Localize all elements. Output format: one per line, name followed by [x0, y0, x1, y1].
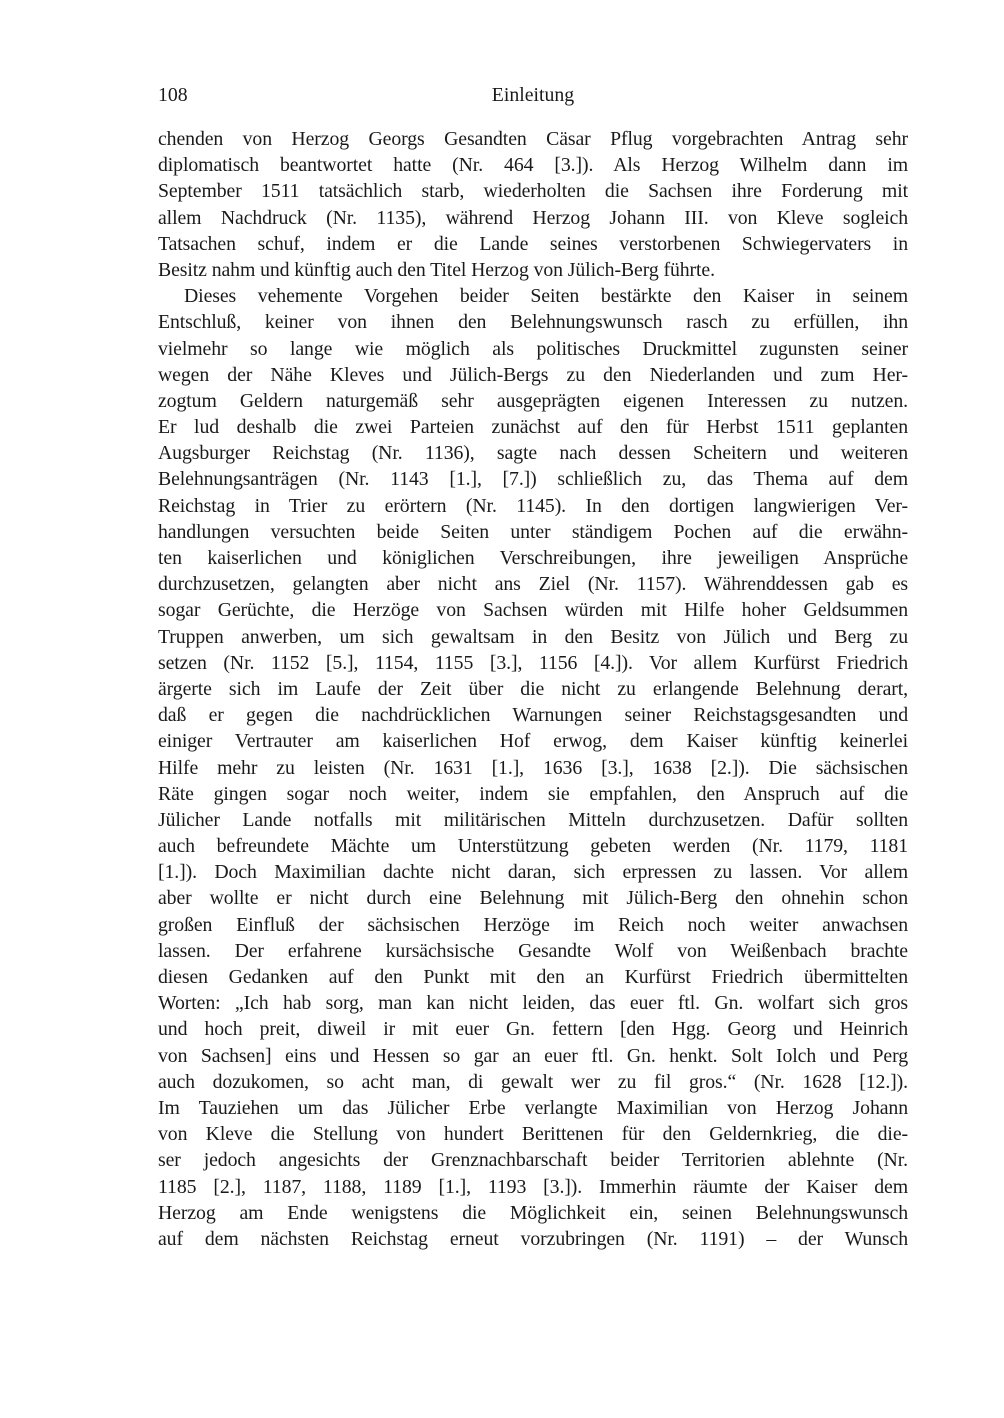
text-line: wegen der Nähe Kleves und Jülich-Bergs z… [158, 362, 908, 388]
text-line: Entschluß, keiner von ihnen den Belehnun… [158, 309, 908, 335]
text-line: [1.]). Doch Maximilian dachte nicht dara… [158, 859, 908, 885]
body-text: chenden von Herzog Georgs Gesandten Cäsa… [158, 126, 908, 1252]
text-line: Herzog am Ende wenigstens die Möglichkei… [158, 1200, 908, 1226]
text-line: Hilfe mehr zu leisten (Nr. 1631 [1.], 16… [158, 755, 908, 781]
text-line: auf dem nächsten Reichstag erneut vorzub… [158, 1226, 908, 1252]
text-line: Dieses vehemente Vorgehen beider Seiten … [158, 283, 908, 309]
text-line: chenden von Herzog Georgs Gesandten Cäsa… [158, 126, 908, 152]
text-line: Besitz nahm und künftig auch den Titel H… [158, 257, 908, 283]
running-header-title: Einleitung [158, 82, 908, 108]
text-line: ten kaiserlichen und königlichen Verschr… [158, 545, 908, 571]
text-line: daß er gegen die nachdrücklichen Warnung… [158, 702, 908, 728]
text-line: und hoch preit, diweil ir mit euer Gn. f… [158, 1016, 908, 1042]
text-column: 108 Einleitung chenden von Herzog Georgs… [158, 82, 908, 1252]
running-head: 108 Einleitung [158, 82, 908, 108]
text-line: ärgerte sich im Laufe der Zeit über die … [158, 676, 908, 702]
text-line: sogar Gerüchte, die Herzöge von Sachsen … [158, 597, 908, 623]
text-line: diplomatisch beantwortet hatte (Nr. 464 … [158, 152, 908, 178]
text-line: September 1511 tatsächlich starb, wieder… [158, 178, 908, 204]
paragraph: Dieses vehemente Vorgehen beider Seiten … [158, 283, 908, 1252]
text-line: auch dozukomen, so acht man, di gewalt w… [158, 1069, 908, 1095]
book-page: 108 Einleitung chenden von Herzog Georgs… [0, 0, 1004, 1418]
text-line: diesen Gedanken auf den Punkt mit den an… [158, 964, 908, 990]
text-line: Er lud deshalb die zwei Parteien zunächs… [158, 414, 908, 440]
text-line: aber wollte er nicht durch eine Belehnun… [158, 885, 908, 911]
text-line: zogtum Geldern naturgemäß sehr ausgepräg… [158, 388, 908, 414]
text-line: einiger Vertrauter am kaiserlichen Hof e… [158, 728, 908, 754]
text-line: ser jedoch angesichts der Grenznachbarsc… [158, 1147, 908, 1173]
text-line: vielmehr so lange wie möglich als politi… [158, 336, 908, 362]
text-line: Worten: „Ich hab sorg, man kan nicht lei… [158, 990, 908, 1016]
text-line: von Kleve die Stellung von hundert Berit… [158, 1121, 908, 1147]
text-line: setzen (Nr. 1152 [5.], 1154, 1155 [3.], … [158, 650, 908, 676]
text-line: allem Nachdruck (Nr. 1135), während Herz… [158, 205, 908, 231]
text-line: handlungen versuchten beide Seiten unter… [158, 519, 908, 545]
text-line: 1185 [2.], 1187, 1188, 1189 [1.], 1193 [… [158, 1174, 908, 1200]
text-line: Truppen anwerben, um sich gewaltsam in d… [158, 624, 908, 650]
text-line: Augsburger Reichstag (Nr. 1136), sagte n… [158, 440, 908, 466]
text-line: von Sachsen] eins und Hessen so gar an e… [158, 1043, 908, 1069]
text-line: auch befreundete Mächte um Unterstützung… [158, 833, 908, 859]
text-line: durchzusetzen, gelangten aber nicht ans … [158, 571, 908, 597]
text-line: großen Einfluß der sächsischen Herzöge i… [158, 912, 908, 938]
text-line: Reichstag in Trier zu erörtern (Nr. 1145… [158, 493, 908, 519]
paragraph: chenden von Herzog Georgs Gesandten Cäsa… [158, 126, 908, 283]
text-line: Belehnungsanträgen (Nr. 1143 [1.], [7.])… [158, 466, 908, 492]
text-line: Im Tauziehen um das Jülicher Erbe verlan… [158, 1095, 908, 1121]
text-line: Räte gingen sogar noch weiter, indem sie… [158, 781, 908, 807]
text-line: Jülicher Lande notfalls mit militärische… [158, 807, 908, 833]
text-line: lassen. Der erfahrene kursächsische Gesa… [158, 938, 908, 964]
text-line: Tatsachen schuf, indem er die Lande sein… [158, 231, 908, 257]
